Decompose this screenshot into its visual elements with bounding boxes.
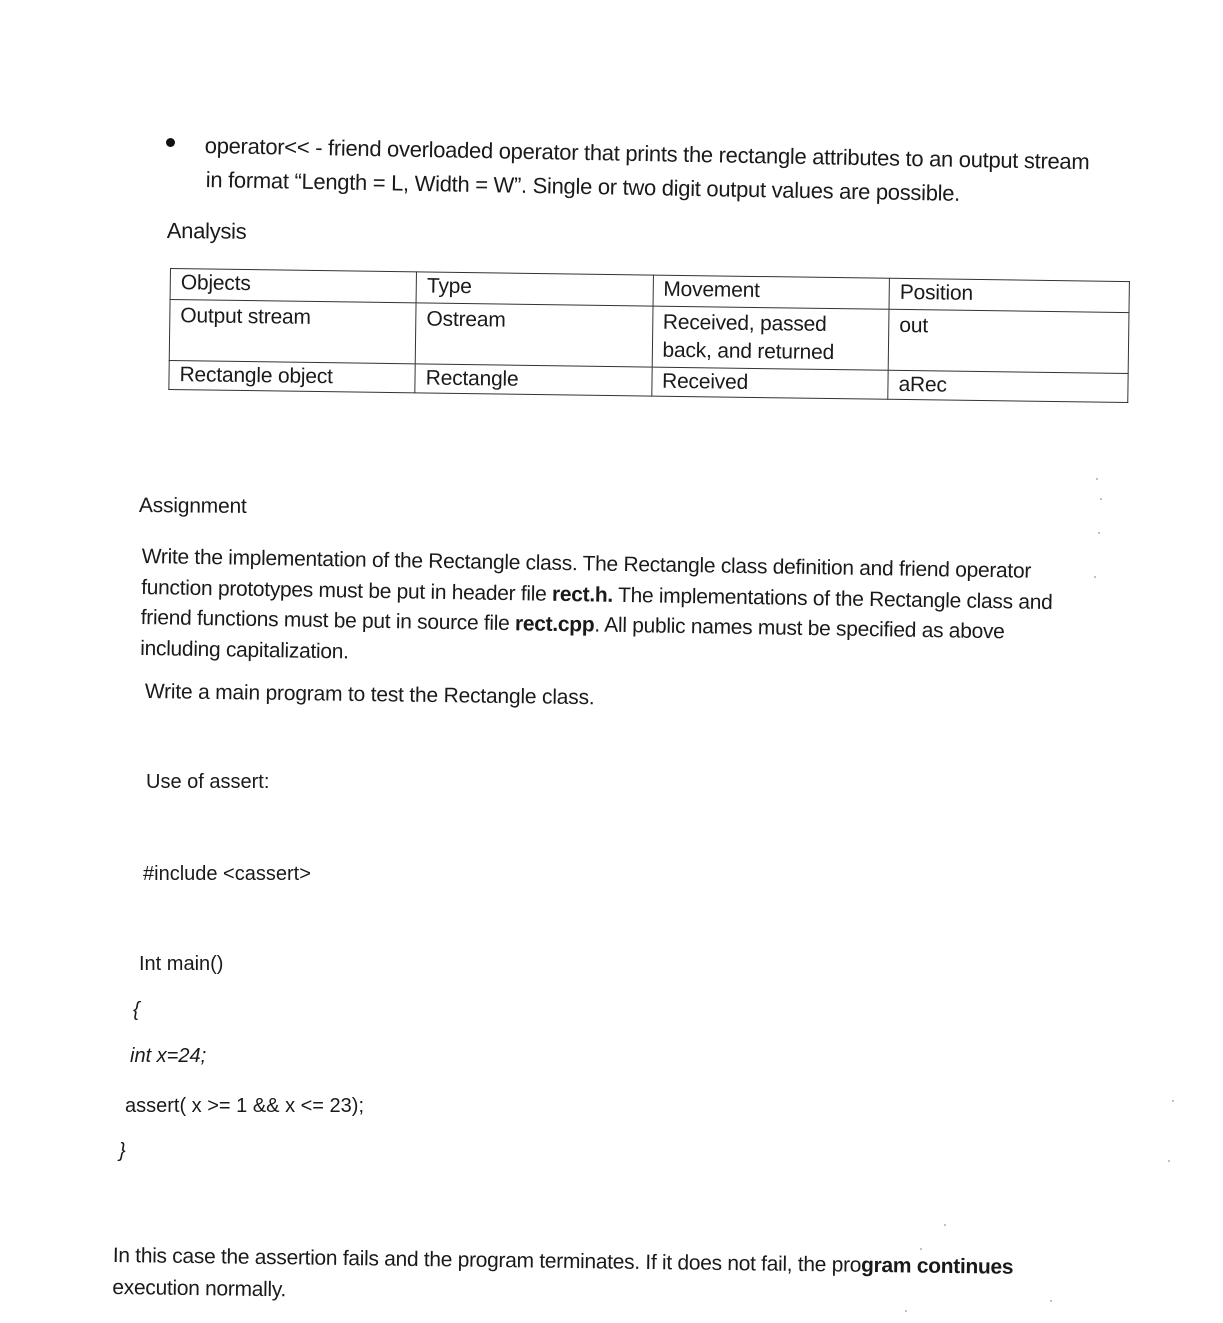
- cell-movement: Received: [651, 367, 888, 399]
- text-span-bold: gram continues: [861, 1254, 1013, 1279]
- assert-heading: Use of assert:: [146, 771, 269, 794]
- cell-movement-line-1: Received, passed: [663, 311, 827, 336]
- header-movement: Movement: [653, 275, 890, 309]
- cell-type: Rectangle: [415, 364, 652, 396]
- assignment-heading: Assignment: [139, 494, 247, 519]
- write-main-instruction: Write a main program to test the Rectang…: [145, 680, 595, 710]
- text-span: friend functions must be put in source f…: [141, 606, 516, 635]
- cell-type: Ostream: [415, 303, 652, 367]
- header-objects: Objects: [170, 269, 417, 303]
- code-include: #include <cassert>: [143, 863, 311, 886]
- text-span: . All public names must be specified as …: [594, 614, 1005, 644]
- text-span: function prototypes must be put in heade…: [141, 575, 552, 605]
- assertion-explanation: In this case the assertion fails and the…: [112, 1240, 1013, 1316]
- cell-movement-line-2: back, and returned: [662, 339, 834, 364]
- assignment-paragraph: Write the implementation of the Rectangl…: [140, 542, 1122, 680]
- cell-movement: Received, passed back, and returned: [652, 306, 889, 370]
- header-filename: rect.h.: [552, 582, 613, 606]
- text-span: In this case the assertion fails and the…: [113, 1244, 862, 1277]
- cell-position: aRec: [888, 370, 1128, 402]
- header-position: Position: [889, 278, 1129, 312]
- code-main-signature: Int main(): [139, 953, 223, 976]
- cell-objects: Output stream: [169, 300, 416, 364]
- cell-position: out: [888, 309, 1129, 373]
- text-span: The implementations of the Rectangle cla…: [613, 583, 1053, 613]
- code-brace-close: }: [119, 1140, 126, 1163]
- bullet-text-line-2: in format “Length = L, Width = W”. Singl…: [206, 167, 961, 207]
- code-brace-open: {: [133, 999, 140, 1022]
- bullet-icon: [166, 138, 175, 147]
- cell-objects: Rectangle object: [169, 360, 416, 392]
- source-filename: rect.cpp: [515, 612, 595, 636]
- code-int-declaration: int x=24;: [130, 1045, 206, 1068]
- analysis-heading: Analysis: [167, 218, 247, 245]
- analysis-table: Objects Type Movement Position Output st…: [168, 268, 1130, 403]
- header-type: Type: [416, 272, 653, 306]
- code-assert-call: assert( x >= 1 && x <= 23);: [125, 1095, 364, 1118]
